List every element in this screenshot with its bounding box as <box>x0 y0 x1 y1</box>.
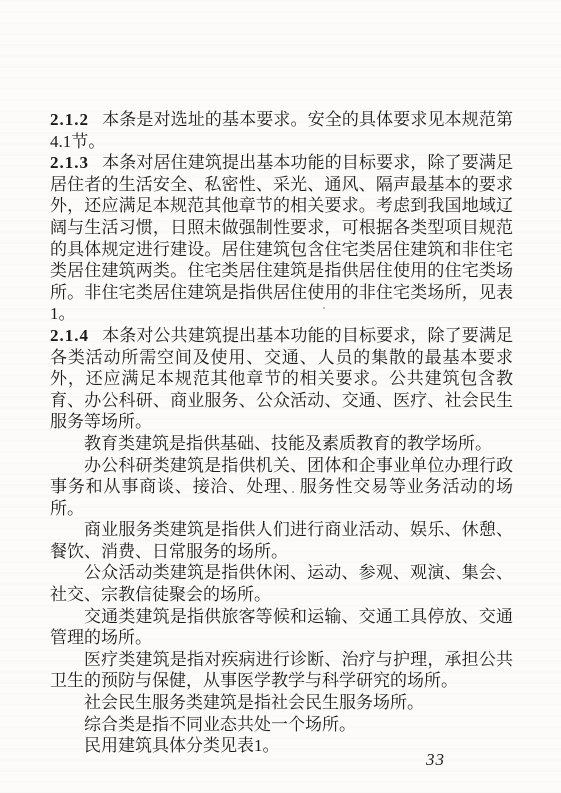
clause-text: 本条是对选址的基本要求。安全的具体要求见本规范第4.1节。 <box>50 110 513 151</box>
definition-education: 教育类建筑是指供基础、技能及素质教育的教学场所。 <box>50 433 513 455</box>
definition-medical: 医疗类建筑是指对疾病进行诊断、治疗与护理，承担公共卫生的预防与保健，从事医学教学… <box>50 649 513 692</box>
clause-number: 2.1.2 <box>50 110 89 129</box>
scan-speck <box>295 397 298 400</box>
page-number: 33 <box>426 750 445 770</box>
clause-number: 2.1.4 <box>50 326 89 345</box>
document-body: 2.1.2本条是对选址的基本要求。安全的具体要求见本规范第4.1节。 2.1.3… <box>50 109 513 757</box>
clause-2-1-4: 2.1.4本条对公共建筑提出基本功能的目标要求，除了要满足各类活动所需空间及使用… <box>50 325 513 433</box>
scan-speck <box>292 491 294 493</box>
definition-office-research: 办公科研类建筑是指供机关、团体和企事业单位办理行政事务和从事商谈、接洽、处理、服… <box>50 455 513 520</box>
definition-social-livelihood: 社会民生服务类建筑是指社会民生服务场所。 <box>50 692 513 714</box>
clause-2-1-3: 2.1.3本条对居住建筑提出基本功能的目标要求，除了要满足居住者的生活安全、私密… <box>50 152 513 325</box>
clause-2-1-2: 2.1.2本条是对选址的基本要求。安全的具体要求见本规范第4.1节。 <box>50 109 513 152</box>
definition-commercial-service: 商业服务类建筑是指供人们进行商业活动、娱乐、休憩、餐饮、消费、日常服务的场所。 <box>50 519 513 562</box>
scanned-page: 2.1.2本条是对选址的基本要求。安全的具体要求见本规范第4.1节。 2.1.3… <box>0 0 561 793</box>
scan-speck <box>323 307 325 309</box>
clause-text: 本条对居住建筑提出基本功能的目标要求，除了要满足居住者的生活安全、私密性、采光、… <box>50 153 513 323</box>
clause-number: 2.1.3 <box>50 153 89 172</box>
definition-transport: 交通类建筑是指供旅客等候和运输、交通工具停放、交通管理的场所。 <box>50 606 513 649</box>
definition-public-activity: 公众活动类建筑是指供休闲、运动、参观、观演、集会、社交、宗教信徒聚会的场所。 <box>50 562 513 605</box>
clause-text: 本条对公共建筑提出基本功能的目标要求，除了要满足各类活动所需空间及使用、交通、人… <box>50 326 513 431</box>
definition-mixed-use: 综合类是指不同业态共处一个场所。 <box>50 714 513 736</box>
